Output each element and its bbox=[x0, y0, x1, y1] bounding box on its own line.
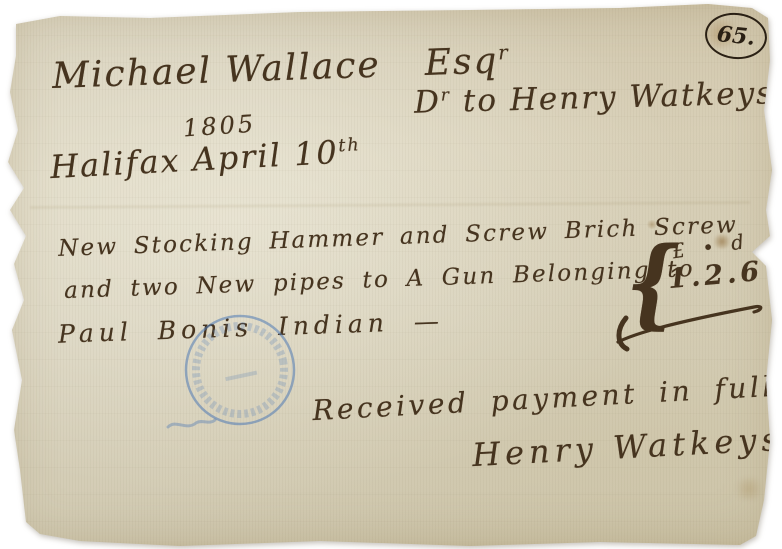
stain-spot bbox=[732, 478, 766, 500]
body-line-3: Paul Bonis Indian — bbox=[58, 306, 445, 348]
body-line-2: and two New pipes to A Gun Belonging to bbox=[64, 256, 695, 304]
catalog-number: 65. bbox=[716, 21, 757, 51]
receipt-paper: 65. Michael WallaceEsqr Dr to Henry Watk… bbox=[0, 0, 782, 549]
catalog-number-oval: 65. bbox=[703, 10, 769, 62]
blue-pen-mark bbox=[166, 414, 218, 434]
fold-crease bbox=[30, 201, 750, 208]
scanned-receipt: 65. Michael WallaceEsqr Dr to Henry Watk… bbox=[0, 0, 782, 549]
receipt-statement: Received payment in full bbox=[311, 370, 775, 427]
place-date-line: Halifax April 10th bbox=[49, 132, 362, 186]
signature: Henry Watkeys bbox=[471, 420, 782, 474]
addressee-name: Michael Wallace bbox=[51, 45, 381, 97]
esquire-abbrev: Esqr bbox=[424, 40, 511, 84]
